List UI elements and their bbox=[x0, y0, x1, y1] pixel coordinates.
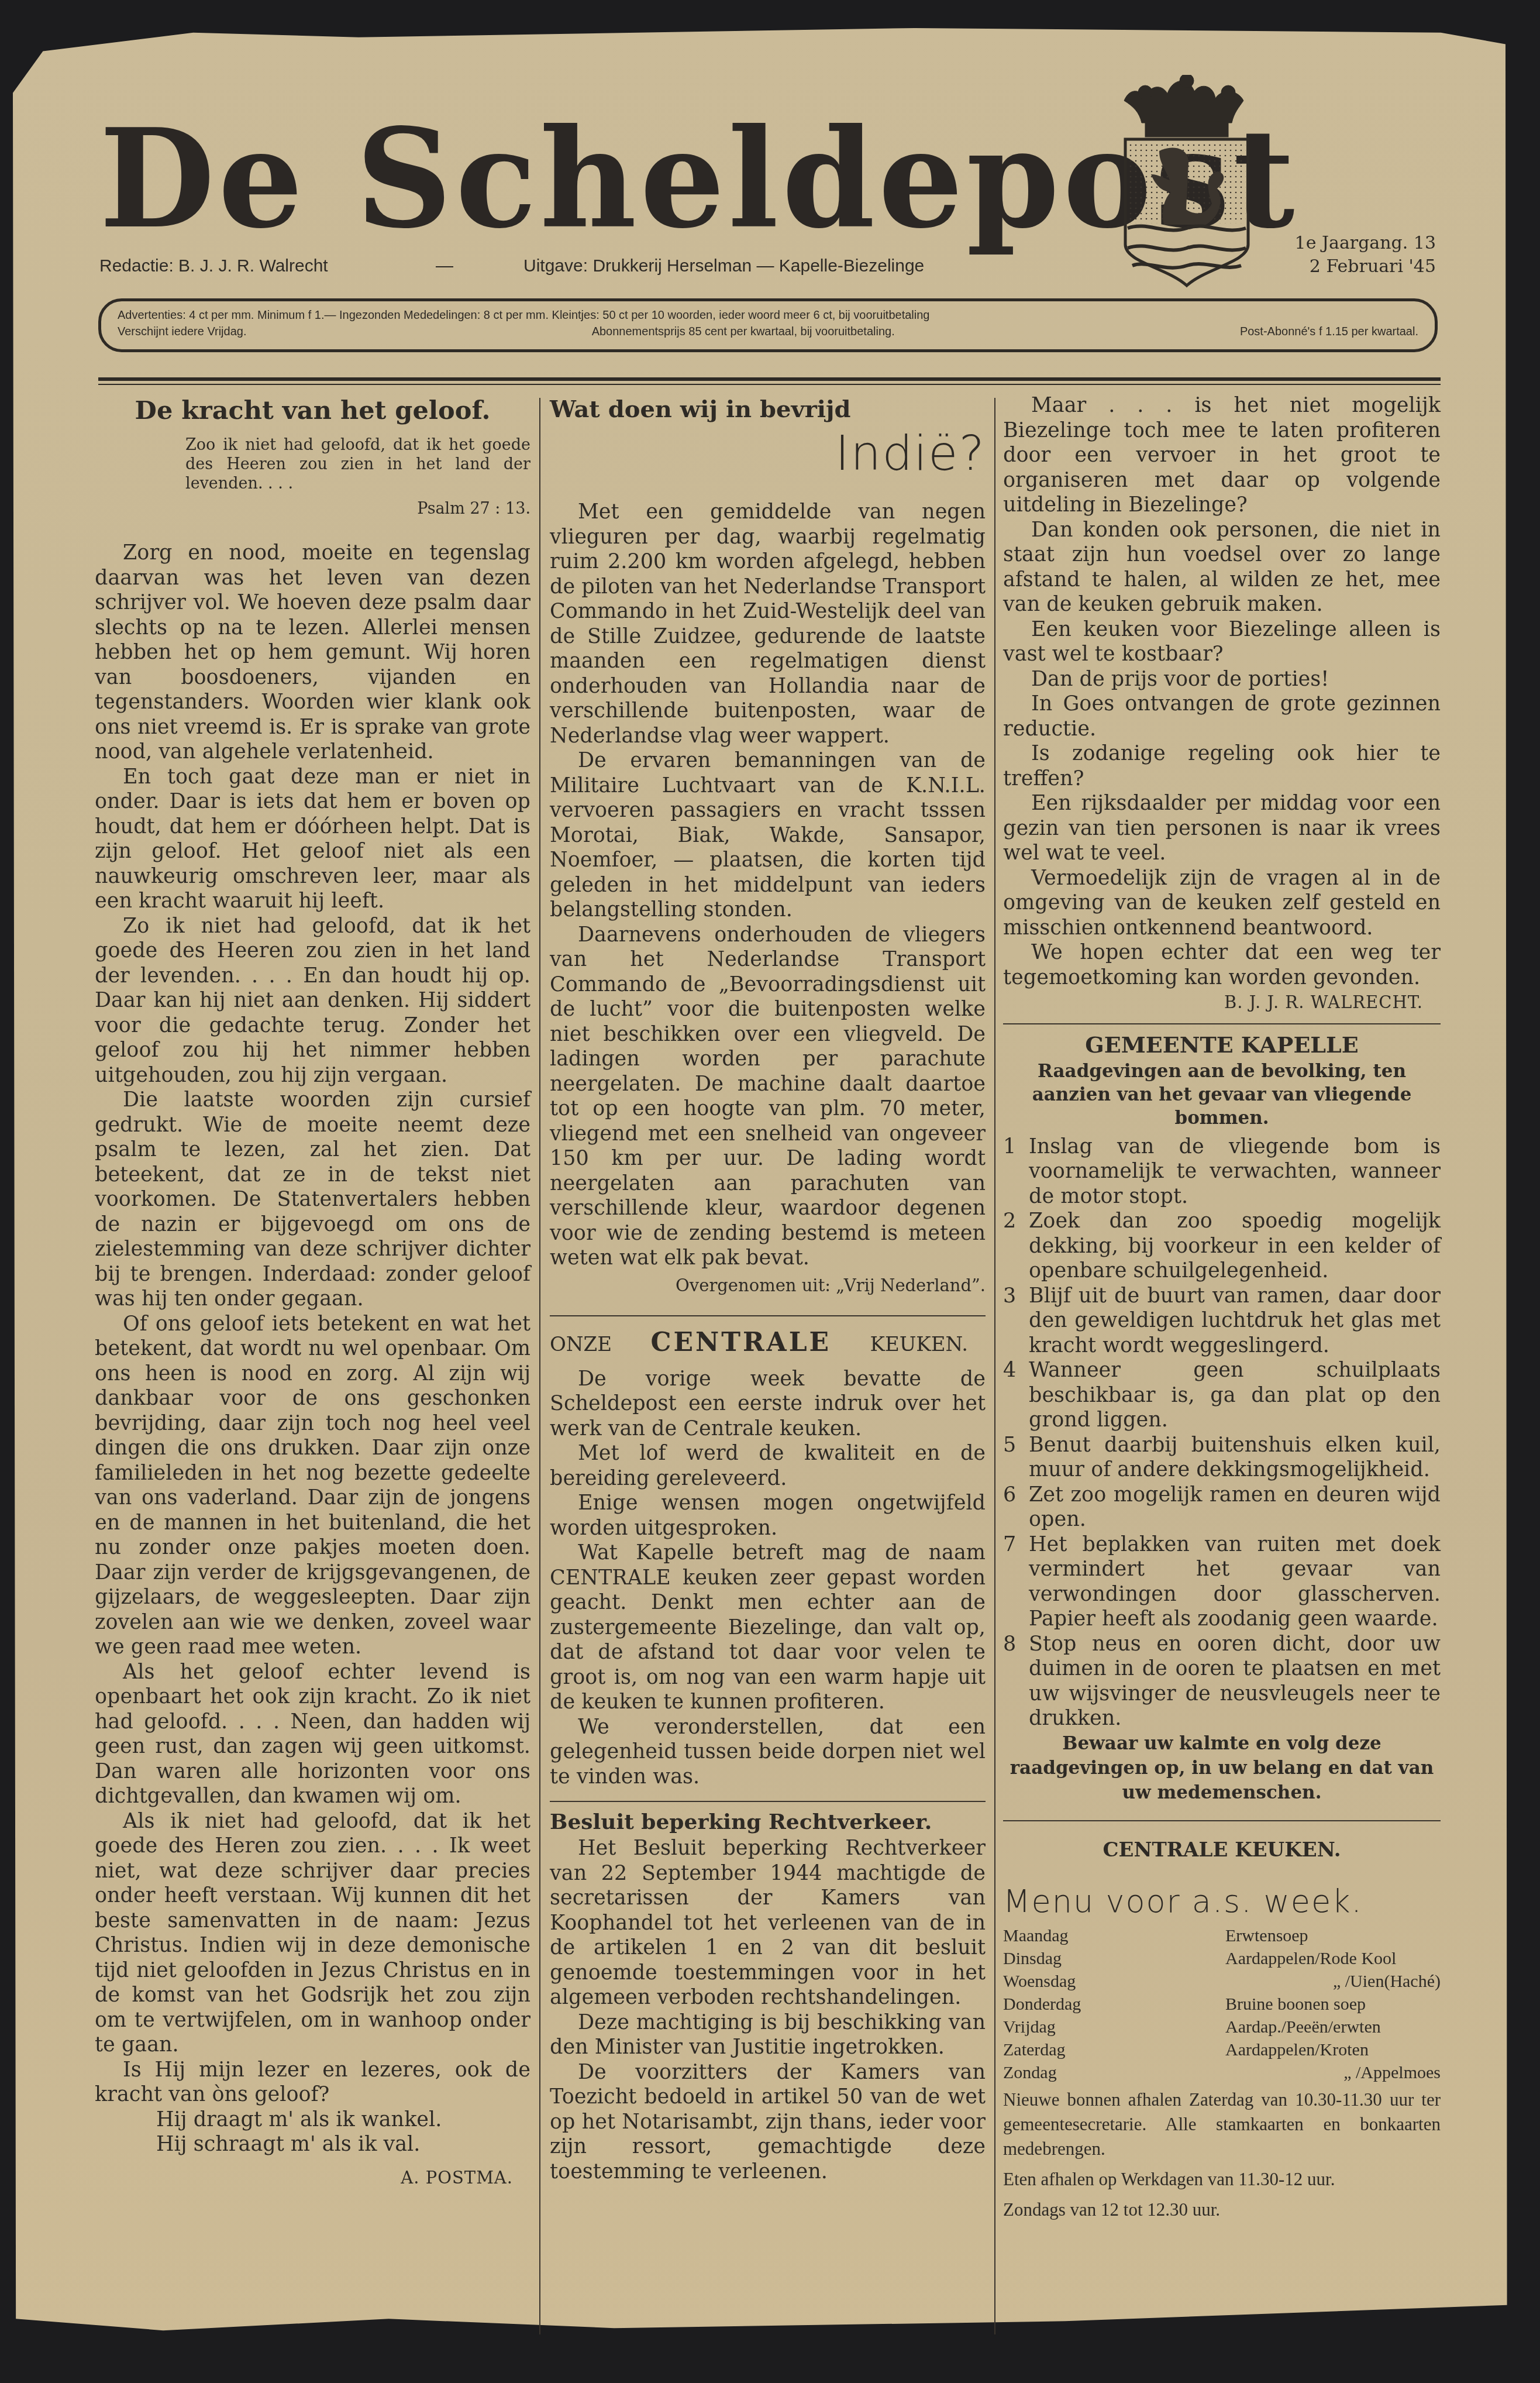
list-item: 5Benut daarbij buitenshuis elken kuil, m… bbox=[1003, 1433, 1441, 1483]
paragraph: Daarnevens onderhouden de vliegers van h… bbox=[550, 923, 986, 1271]
menu-dish: Aardappelen/Rode Kool bbox=[1225, 1947, 1441, 1970]
header-rule-thin bbox=[98, 384, 1441, 385]
paragraph: En toch gaat deze man er niet in onder. … bbox=[95, 765, 530, 914]
list-item: 2Zoek dan zoo spoedig mogelijk dekking, … bbox=[1003, 1209, 1441, 1284]
paragraph: De voorzitters der Kamers van Toezicht b… bbox=[550, 2060, 986, 2185]
menu-day: Zondag bbox=[1003, 2061, 1225, 2084]
list-item: 8Stop neus en ooren dicht, door uw duime… bbox=[1003, 1632, 1441, 1731]
item-text: Stop neus en ooren dicht, door uw duimen… bbox=[1029, 1632, 1441, 1731]
article-title: Wat doen wij in bevrijd bbox=[550, 393, 986, 426]
item-text: Inslag van de vliegende bom is voornamel… bbox=[1029, 1134, 1441, 1209]
item-number: 2 bbox=[1003, 1209, 1029, 1284]
advertising-rates: Advertenties: 4 ct per mm. Minimum f 1.—… bbox=[118, 307, 929, 324]
paragraph: Zo ik niet had geloofd, dat ik het goede… bbox=[95, 914, 530, 1088]
menu-row: Woensdag„ /Uien(Haché) bbox=[1003, 1970, 1441, 1993]
menu-dish: Aardappelen/Kroten bbox=[1225, 2038, 1441, 2061]
header-rule-thick bbox=[98, 377, 1441, 381]
title-part: ONZE bbox=[550, 1332, 612, 1357]
paragraph: Is Hij mijn lezer en lezeres, ook de kra… bbox=[95, 2058, 530, 2107]
section-divider bbox=[1003, 1023, 1441, 1024]
zeeland-coat-of-arms-icon bbox=[1118, 75, 1256, 290]
menu-day: Zaterdag bbox=[1003, 2038, 1225, 2061]
menu-day: Vrijdag bbox=[1003, 2016, 1225, 2038]
item-number: 1 bbox=[1003, 1134, 1029, 1209]
closing-advice: Bewaar uw kalmte en volg deze raadgeving… bbox=[1003, 1731, 1441, 1805]
verse-line: Hij schraagt m' als ik val. bbox=[156, 2132, 530, 2157]
postal-subscription-price: Post-Abonné's f 1.15 per kwartaal. bbox=[1240, 324, 1418, 340]
issue-date: 2 Februari '45 bbox=[1278, 256, 1436, 277]
list-item: 1Inslag van de vliegende bom is voorname… bbox=[1003, 1134, 1441, 1209]
menu-heading: Menu voor a.s. week. bbox=[1003, 1881, 1441, 1922]
item-text: Zet zoo mogelijk ramen en deuren wijd op… bbox=[1029, 1483, 1441, 1532]
item-text: Blijf uit de buurt van ramen, daar door … bbox=[1029, 1284, 1441, 1359]
list-item: 4Wanneer geen schuilplaats beschikbaar i… bbox=[1003, 1358, 1441, 1433]
menu-row: Zondag„ /Appelmoes bbox=[1003, 2061, 1441, 2084]
menu-row: DinsdagAardappelen/Rode Kool bbox=[1003, 1947, 1441, 1970]
column-separator bbox=[539, 398, 540, 2334]
menu-row: ZaterdagAardappelen/Kroten bbox=[1003, 2038, 1441, 2061]
paragraph: Een rijksdaalder per middag voor een gez… bbox=[1003, 791, 1441, 866]
publication-frequency: Verschijnt iedere Vrijdag. bbox=[118, 324, 247, 340]
column-separator bbox=[994, 398, 995, 2334]
article-subtitle: Raadgevingen aan de bevolking, ten aanzi… bbox=[1003, 1060, 1441, 1130]
verse-line: Hij draagt m' als ik wankel. bbox=[156, 2107, 530, 2133]
voucher-notice: Nieuwe bonnen afhalen Zaterdag van 10.30… bbox=[1003, 2088, 1441, 2161]
paragraph: De vorige week bevatte de Scheldepost ee… bbox=[550, 1367, 986, 1442]
editor-credit: Redactie: B. J. J. R. Walrecht bbox=[99, 256, 328, 276]
publisher-credit: Uitgave: Drukkerij Herselman — Kapelle-B… bbox=[523, 256, 924, 276]
pickup-hours-weekdays: Eten afhalen op Werkdagen van 11.30-12 u… bbox=[1003, 2167, 1441, 2192]
subscription-price: Abonnementsprijs 85 cent per kwartaal, b… bbox=[592, 324, 895, 340]
item-text: Benut daarbij buitenshuis elken kuil, mu… bbox=[1029, 1433, 1441, 1483]
paragraph: Een keuken voor Biezelinge alleen is vas… bbox=[1003, 617, 1441, 667]
article-title: Besluit beperking Rechtverkeer. bbox=[550, 1808, 986, 1836]
list-item: 6Zet zoo mogelijk ramen en deuren wijd o… bbox=[1003, 1483, 1441, 1532]
menu-dish: „ /Appelmoes bbox=[1225, 2061, 1441, 2084]
article-title: GEMEENTE KAPELLE bbox=[1003, 1030, 1441, 1060]
paragraph: Met lof werd de kwaliteit en de bereidin… bbox=[550, 1441, 986, 1491]
paragraph: Vermoedelijk zijn de vragen al in de omg… bbox=[1003, 866, 1441, 941]
menu-dish: Bruine boonen soep bbox=[1225, 1993, 1441, 2016]
volume-number: 1e Jaargang. 13 bbox=[1278, 233, 1436, 253]
item-text: Het beplakken van ruiten met doek vermin… bbox=[1029, 1532, 1441, 1632]
list-item: 3Blijf uit de buurt van ramen, daar door… bbox=[1003, 1284, 1441, 1359]
paragraph: Is zodanige regeling ook hier te treffen… bbox=[1003, 741, 1441, 791]
column-three: Maar . . . is het niet mogelijk Biezelin… bbox=[1003, 393, 1441, 2222]
paragraph: Maar . . . is het niet mogelijk Biezelin… bbox=[1003, 393, 1441, 518]
masthead-dash: — bbox=[436, 256, 453, 276]
item-number: 4 bbox=[1003, 1358, 1029, 1433]
menu-dish: „ /Uien(Haché) bbox=[1225, 1970, 1441, 1993]
article-title: De kracht van het geloof. bbox=[95, 393, 530, 428]
article-source: Overgenomen uit: „Vrij Nederland”. bbox=[550, 1273, 986, 1298]
paragraph: De ervaren bemanningen van de Militaire … bbox=[550, 748, 986, 923]
section-divider bbox=[550, 1315, 986, 1316]
paragraph: We veronderstellen, dat een gelegenheid … bbox=[550, 1715, 986, 1790]
advice-list: 1Inslag van de vliegende bom is voorname… bbox=[1003, 1134, 1441, 1731]
item-number: 3 bbox=[1003, 1284, 1029, 1359]
menu-row: VrijdagAardap./Peeën/erwten bbox=[1003, 2016, 1441, 2038]
title-part: CENTRALE bbox=[650, 1330, 831, 1356]
paragraph: Deze machtiging is bij beschikking van d… bbox=[550, 2010, 986, 2060]
paragraph: Of ons geloof iets betekent en wat het b… bbox=[95, 1312, 530, 1660]
subscription-info-box: Advertenties: 4 ct per mm. Minimum f 1.—… bbox=[98, 298, 1438, 352]
psalm-reference: Psalm 27 : 13. bbox=[95, 499, 530, 518]
article-title: ONZE CENTRALE KEUKEN. bbox=[550, 1330, 986, 1357]
paragraph: Dan de prijs voor de porties! bbox=[1003, 667, 1441, 692]
paragraph: We hopen echter dat een weg ter tegemoet… bbox=[1003, 940, 1441, 990]
paragraph: Enige wensen mogen ongetwijfeld worden u… bbox=[550, 1491, 986, 1540]
menu-table: MaandagErwtensoep DinsdagAardappelen/Rod… bbox=[1003, 1924, 1441, 2084]
list-item: 7Het beplakken van ruiten met doek vermi… bbox=[1003, 1532, 1441, 1632]
paragraph: Met een gemiddelde van negen vlieguren p… bbox=[550, 500, 986, 748]
paragraph: Als het geloof echter levend is openbaar… bbox=[95, 1660, 530, 1809]
menu-dish: Erwtensoep bbox=[1225, 1924, 1441, 1947]
paragraph: Wat Kapelle betreft mag de naam CENTRALE… bbox=[550, 1540, 986, 1715]
article-title: CENTRALE KEUKEN. bbox=[1003, 1837, 1441, 1863]
pickup-hours-sunday: Zondags van 12 tot 12.30 uur. bbox=[1003, 2198, 1441, 2222]
author-signature: A. POSTMA. bbox=[95, 2165, 530, 2191]
paragraph: Die laatste woorden zijn cursief gedrukt… bbox=[95, 1088, 530, 1312]
item-text: Zoek dan zoo spoedig mogelijk dekking, b… bbox=[1029, 1209, 1441, 1284]
item-number: 8 bbox=[1003, 1632, 1029, 1731]
psalm-quote: Zoo ik niet had geloofd, dat ik het goed… bbox=[185, 435, 530, 493]
article-kracht-van-het-geloof: De kracht van het geloof. Zoo ik niet ha… bbox=[95, 393, 530, 2190]
title-part: KEUKEN. bbox=[870, 1332, 986, 1357]
section-divider bbox=[550, 1801, 986, 1802]
author-signature: B. J. J. R. WALRECHT. bbox=[1003, 990, 1441, 1015]
paragraph: Zorg en nood, moeite en tegenslag daarva… bbox=[95, 541, 530, 765]
paragraph: In Goes ontvangen de grote gezinnen redu… bbox=[1003, 692, 1441, 741]
item-text: Wanneer geen schuilplaats beschikbaar is… bbox=[1029, 1358, 1441, 1433]
menu-day: Maandag bbox=[1003, 1924, 1225, 1947]
menu-dish: Aardap./Peeën/erwten bbox=[1225, 2016, 1441, 2038]
item-number: 5 bbox=[1003, 1433, 1029, 1483]
paragraph: Dan konden ook personen, die niet in sta… bbox=[1003, 518, 1441, 617]
menu-row: DonderdagBruine boonen soep bbox=[1003, 1993, 1441, 2016]
item-number: 7 bbox=[1003, 1532, 1029, 1632]
paragraph: Als ik niet had geloofd, dat ik het goed… bbox=[95, 1809, 530, 2058]
section-divider bbox=[1003, 1820, 1441, 1821]
paragraph: Het Besluit beperking Rechtverkeer van 2… bbox=[550, 1836, 986, 2010]
menu-day: Dinsdag bbox=[1003, 1947, 1225, 1970]
article-title-script: Indië? bbox=[550, 426, 986, 482]
menu-row: MaandagErwtensoep bbox=[1003, 1924, 1441, 1947]
menu-day: Donderdag bbox=[1003, 1993, 1225, 2016]
article-bevrijd-indie: Wat doen wij in bevrijd Indië? Met een g… bbox=[550, 393, 986, 2184]
menu-day: Woensdag bbox=[1003, 1970, 1225, 1993]
item-number: 6 bbox=[1003, 1483, 1029, 1532]
